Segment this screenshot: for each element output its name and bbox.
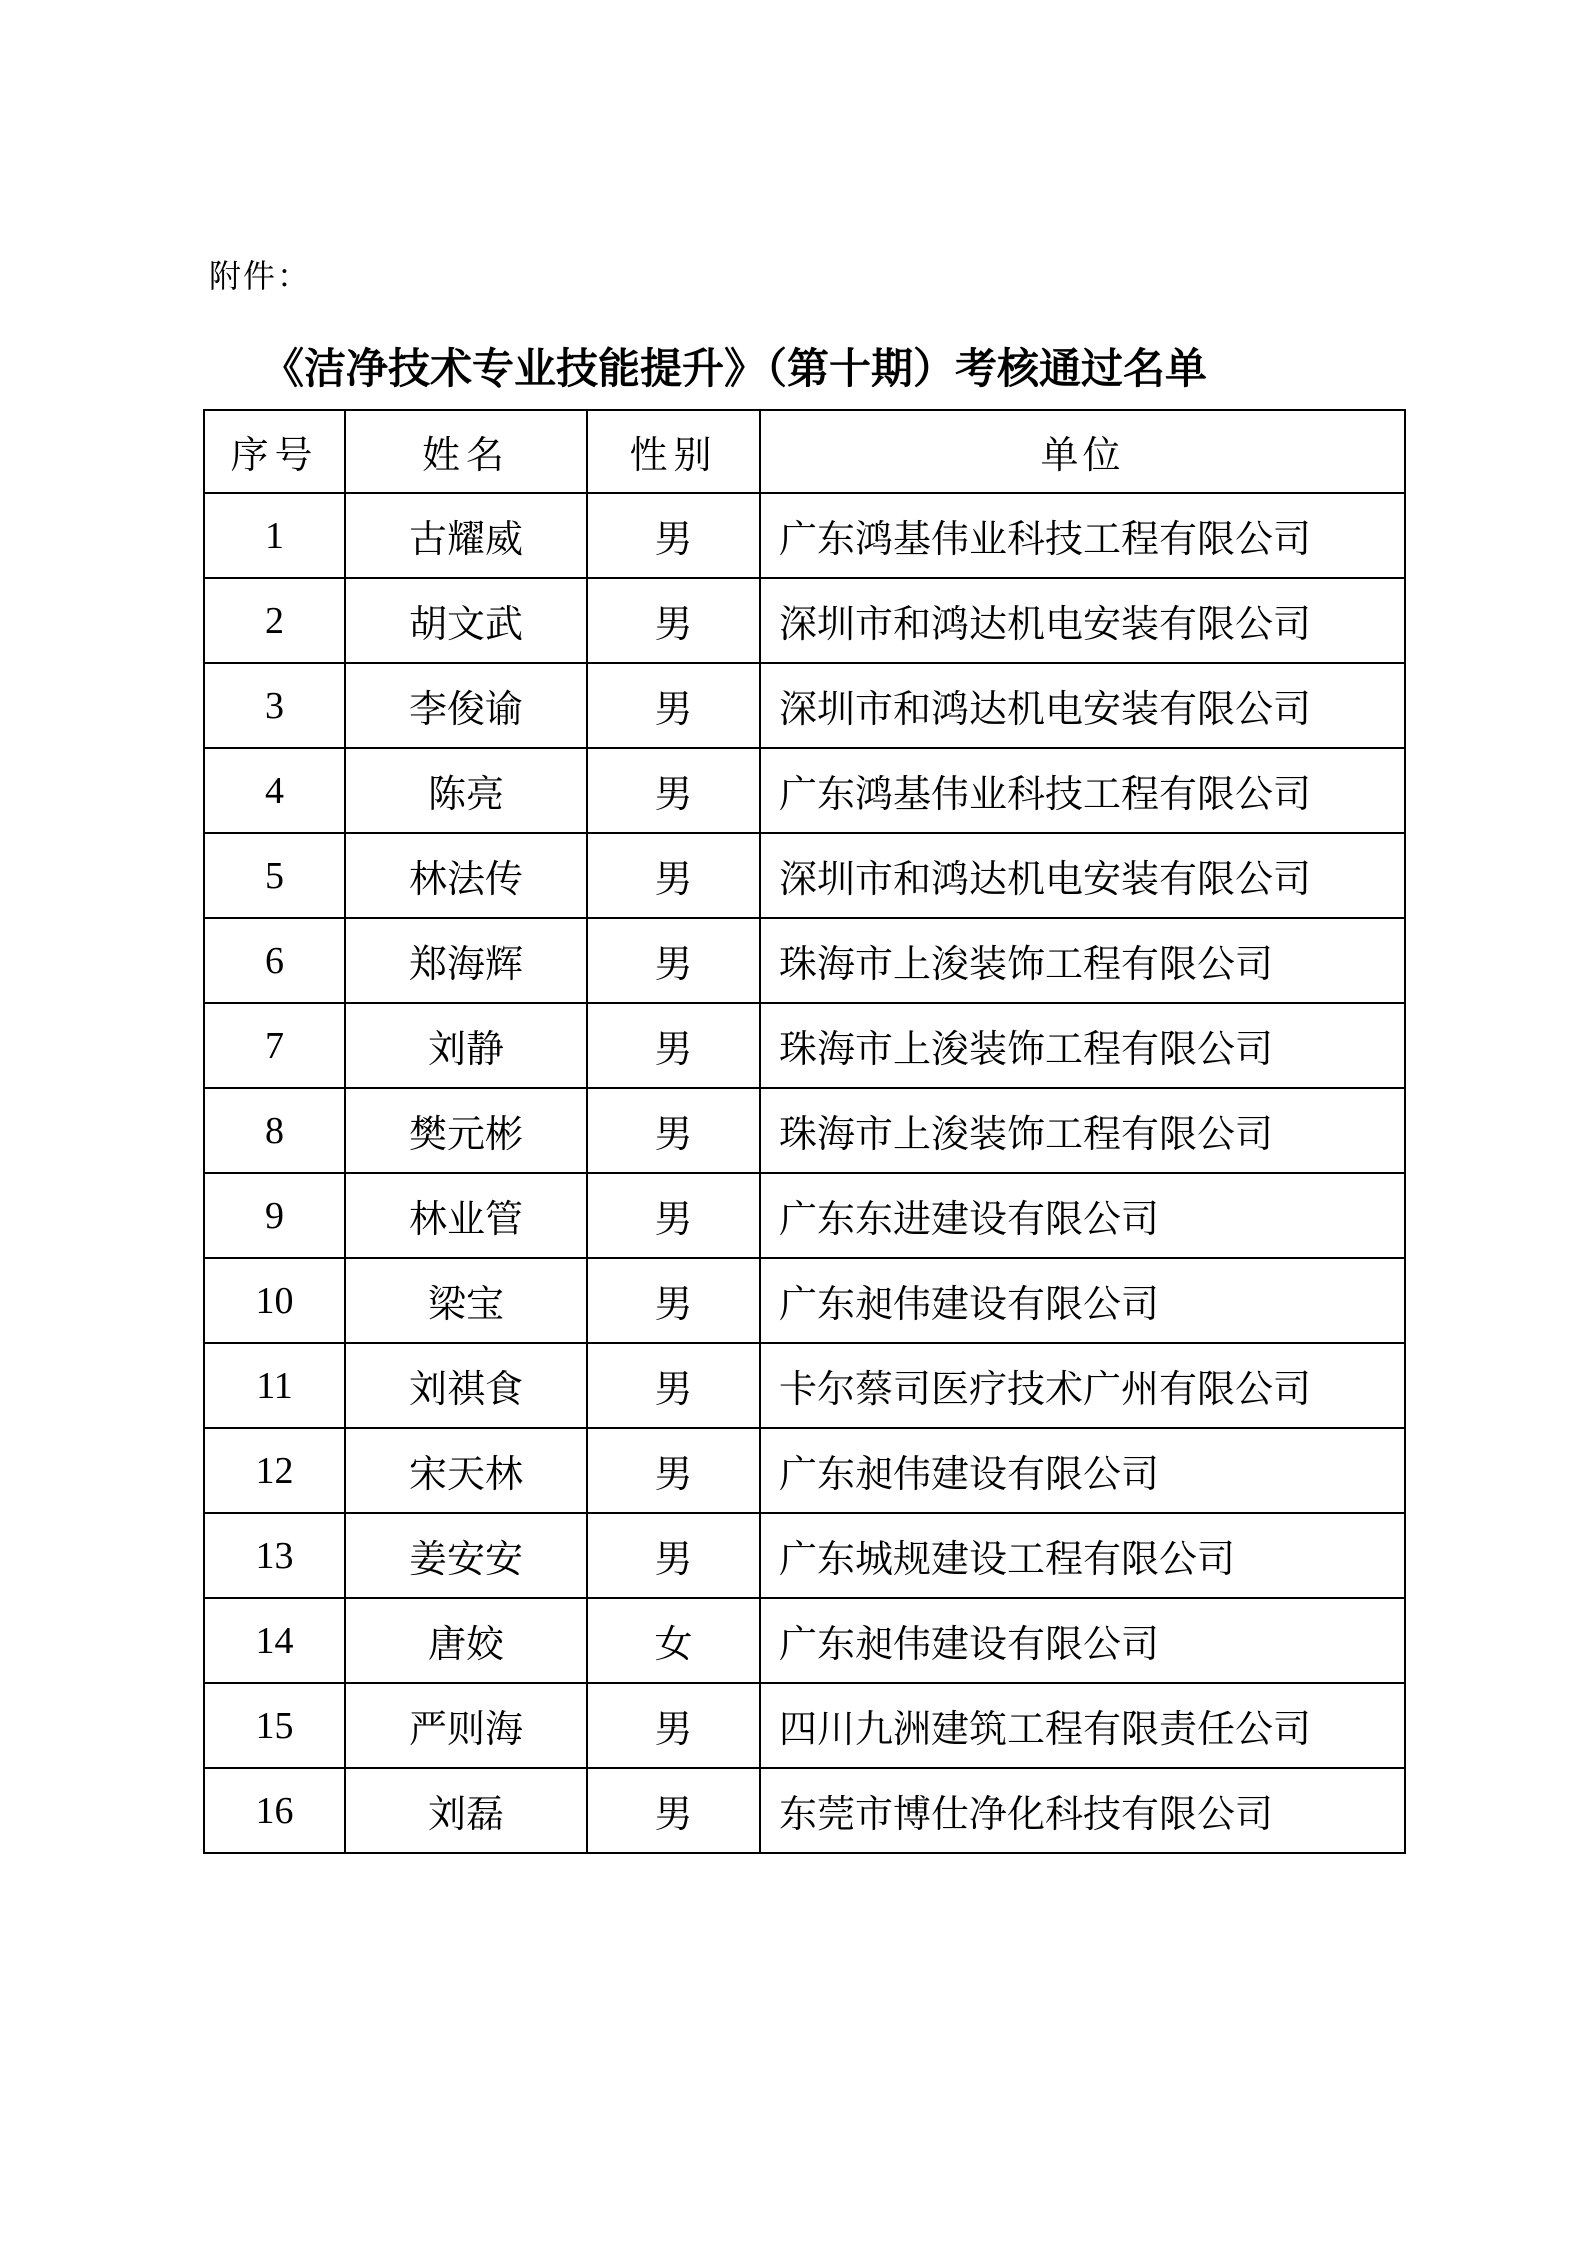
table-row: 10梁宝男广东昶伟建设有限公司 [204,1258,1405,1343]
table-row: 2胡文武男深圳市和鸿达机电安装有限公司 [204,578,1405,663]
cell-unit: 广东鸿基伟业科技工程有限公司 [760,493,1405,578]
cell-unit: 深圳市和鸿达机电安装有限公司 [760,578,1405,663]
cell-gender: 男 [587,663,760,748]
cell-no: 11 [204,1343,345,1428]
table-row: 3李俊谕男深圳市和鸿达机电安装有限公司 [204,663,1405,748]
attachment-label: 附件： [209,251,311,297]
table-row: 6郑海辉男珠海市上浚装饰工程有限公司 [204,918,1405,1003]
cell-gender: 男 [587,493,760,578]
cell-unit: 广东昶伟建设有限公司 [760,1428,1405,1513]
cell-unit: 广东城规建设工程有限公司 [760,1513,1405,1598]
header-gender: 性别 [587,410,760,493]
cell-no: 3 [204,663,345,748]
header-name: 姓名 [345,410,587,493]
table-header: 序号 姓名 性别 单位 [204,410,1405,493]
document-page: 附件： 《洁净技术专业技能提升》（第十期）考核通过名单 序号 姓名 性别 单位 … [0,0,1587,2245]
cell-no: 5 [204,833,345,918]
cell-name: 胡文武 [345,578,587,663]
cell-no: 16 [204,1768,345,1853]
cell-name: 林法传 [345,833,587,918]
table-row: 1古耀威男广东鸿基伟业科技工程有限公司 [204,493,1405,578]
pass-list-table: 序号 姓名 性别 单位 1古耀威男广东鸿基伟业科技工程有限公司2胡文武男深圳市和… [203,409,1406,1854]
cell-name: 刘祺食 [345,1343,587,1428]
cell-gender: 男 [587,1173,760,1258]
cell-unit: 广东鸿基伟业科技工程有限公司 [760,748,1405,833]
cell-no: 12 [204,1428,345,1513]
cell-no: 15 [204,1683,345,1768]
cell-gender: 男 [587,1003,760,1088]
cell-unit: 珠海市上浚装饰工程有限公司 [760,1003,1405,1088]
cell-gender: 男 [587,918,760,1003]
table-row: 14唐姣女广东昶伟建设有限公司 [204,1598,1405,1683]
cell-gender: 男 [587,833,760,918]
table-row: 5林法传男深圳市和鸿达机电安装有限公司 [204,833,1405,918]
cell-name: 刘静 [345,1003,587,1088]
cell-no: 1 [204,493,345,578]
cell-name: 樊元彬 [345,1088,587,1173]
cell-name: 梁宝 [345,1258,587,1343]
cell-gender: 女 [587,1598,760,1683]
cell-unit: 卡尔蔡司医疗技术广州有限公司 [760,1343,1405,1428]
table-row: 7刘静男珠海市上浚装饰工程有限公司 [204,1003,1405,1088]
table-row: 11刘祺食男卡尔蔡司医疗技术广州有限公司 [204,1343,1405,1428]
cell-name: 严则海 [345,1683,587,1768]
cell-unit: 四川九洲建筑工程有限责任公司 [760,1683,1405,1768]
cell-gender: 男 [587,1768,760,1853]
cell-unit: 珠海市上浚装饰工程有限公司 [760,1088,1405,1173]
header-unit: 单位 [760,410,1405,493]
cell-no: 9 [204,1173,345,1258]
cell-unit: 广东东进建设有限公司 [760,1173,1405,1258]
cell-gender: 男 [587,1088,760,1173]
cell-gender: 男 [587,1258,760,1343]
cell-name: 唐姣 [345,1598,587,1683]
cell-unit: 珠海市上浚装饰工程有限公司 [760,918,1405,1003]
cell-name: 郑海辉 [345,918,587,1003]
cell-name: 李俊谕 [345,663,587,748]
table-row: 9林业管男广东东进建设有限公司 [204,1173,1405,1258]
table-body: 1古耀威男广东鸿基伟业科技工程有限公司2胡文武男深圳市和鸿达机电安装有限公司3李… [204,493,1405,1853]
table-row: 12宋天林男广东昶伟建设有限公司 [204,1428,1405,1513]
cell-gender: 男 [587,1343,760,1428]
document-title: 《洁净技术专业技能提升》（第十期）考核通过名单 [262,336,1207,396]
cell-unit: 深圳市和鸿达机电安装有限公司 [760,833,1405,918]
table-row: 16刘磊男东莞市博仕净化科技有限公司 [204,1768,1405,1853]
cell-no: 2 [204,578,345,663]
cell-no: 7 [204,1003,345,1088]
table-row: 8樊元彬男珠海市上浚装饰工程有限公司 [204,1088,1405,1173]
cell-no: 13 [204,1513,345,1598]
cell-unit: 广东昶伟建设有限公司 [760,1598,1405,1683]
cell-gender: 男 [587,1683,760,1768]
cell-unit: 深圳市和鸿达机电安装有限公司 [760,663,1405,748]
cell-unit: 广东昶伟建设有限公司 [760,1258,1405,1343]
header-no: 序号 [204,410,345,493]
table-header-row: 序号 姓名 性别 单位 [204,410,1405,493]
cell-name: 刘磊 [345,1768,587,1853]
cell-name: 姜安安 [345,1513,587,1598]
cell-gender: 男 [587,578,760,663]
cell-no: 8 [204,1088,345,1173]
cell-name: 宋天林 [345,1428,587,1513]
table-row: 13姜安安男广东城规建设工程有限公司 [204,1513,1405,1598]
cell-unit: 东莞市博仕净化科技有限公司 [760,1768,1405,1853]
cell-name: 陈亮 [345,748,587,833]
cell-gender: 男 [587,1428,760,1513]
cell-name: 林业管 [345,1173,587,1258]
cell-no: 4 [204,748,345,833]
table-row: 15严则海男四川九洲建筑工程有限责任公司 [204,1683,1405,1768]
cell-no: 14 [204,1598,345,1683]
table-row: 4陈亮男广东鸿基伟业科技工程有限公司 [204,748,1405,833]
cell-no: 6 [204,918,345,1003]
cell-no: 10 [204,1258,345,1343]
cell-name: 古耀威 [345,493,587,578]
cell-gender: 男 [587,748,760,833]
cell-gender: 男 [587,1513,760,1598]
